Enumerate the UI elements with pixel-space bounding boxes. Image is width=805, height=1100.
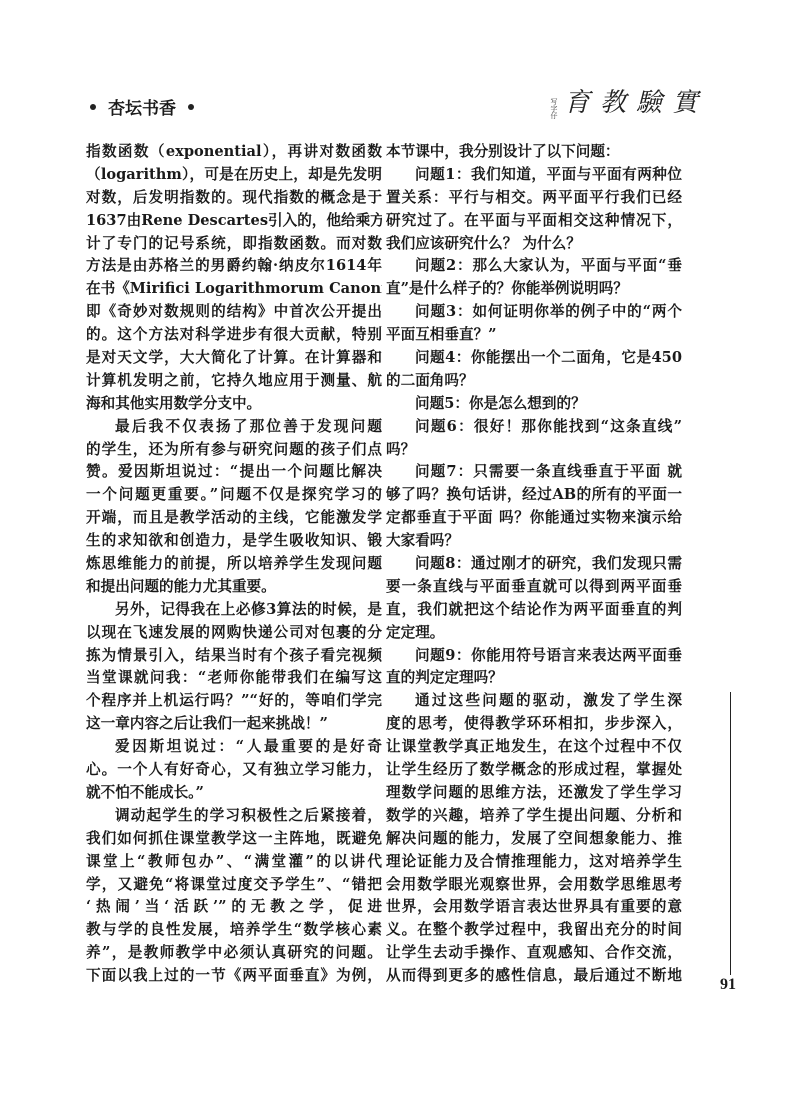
text-line: 开端，而且是教学活动的主线，它能激发学	[86, 507, 382, 530]
text-line: 要一条直线与平面垂直就可以得到两平面垂	[386, 576, 682, 599]
text-line: 我们应该研究什么？ 为什么？	[386, 233, 682, 256]
text-line: 我们如何抓住课堂教学这一主阵地，既避免	[86, 828, 382, 851]
section-tag: 杏坛书香	[90, 94, 206, 119]
text-line: 炼思维能力的前提，所以培养学生发现问题	[86, 553, 382, 576]
text-line: 的。这个方法对科学进步有很大贡献，特别	[86, 324, 382, 347]
text-line: 置关系：平行与相交。两平面平行我们已经	[386, 187, 682, 210]
text-line: 问题4：你能摆出一个二面角，它是450	[386, 347, 682, 370]
text-line: 问题6：很好！那你能找到“这条直线”	[386, 416, 682, 439]
text-line: 生的求知欲和创造力，是学生吸收知识、锻	[86, 530, 382, 553]
text-line: 义。在整个教学过程中，我留出充分的时间	[386, 919, 682, 942]
left-text-column: 指数函数（exponential），再讲对数函数（logarithm），可是在历…	[86, 141, 382, 988]
right-text-column: 本节课中，我分别设计了以下问题：问题1：我们知道，平面与平面有两种位置关系：平行…	[386, 141, 682, 988]
section-tag-label: 杏坛书香	[108, 94, 176, 119]
text-line: 心。一个人有好奇心，又有独立学习能力，	[86, 759, 382, 782]
text-line: 最后我不仅表扬了那位善于发现问题	[86, 416, 382, 439]
text-line: 通过这些问题的驱动，激发了学生深	[386, 690, 682, 713]
text-line: 世界，会用数学语言表达世界具有重要的意	[386, 896, 682, 919]
text-line: 学，又避免“将课堂过度交予学生”、“错把	[86, 874, 382, 897]
text-line: 赞。爱因斯坦说过：“提出一个问题比解决	[86, 461, 382, 484]
text-line: 让学生去动手操作、直观感知、合作交流，	[386, 942, 682, 965]
text-line: 让学生经历了数学概念的形成过程，掌握处	[386, 759, 682, 782]
text-line: 让课堂教学真正地发生，在这个过程中不仅	[386, 736, 682, 759]
page-number: 91	[720, 976, 736, 994]
text-line: 定都垂直于平面 吗？你能通过实物来演示给	[386, 507, 682, 530]
text-line: 指数函数（exponential），再讲对数函数	[86, 141, 382, 164]
text-line: 够了吗？换句话讲，经过AB的所有的平面一	[386, 484, 682, 507]
text-line: 爱因斯坦说过：“人最重要的是好奇	[86, 736, 382, 759]
text-line: 另外，记得我在上必修3算法的时候，是	[86, 599, 382, 622]
text-line: 问题8：通过刚才的研究，我们发现只需	[386, 553, 682, 576]
bullet-dot-icon	[90, 104, 96, 110]
text-line: 和提出问题的能力尤其重要。	[86, 576, 382, 599]
text-line: 理论证能力及合情推理能力，这对培养学生	[386, 851, 682, 874]
text-line: 下面以我上过的一节《两平面垂直》为例，	[86, 965, 382, 988]
text-line: 拣为情景引入，结果当时有个孩子看完视频	[86, 645, 382, 668]
text-line: 直，我们就把这个结论作为两平面垂直的判	[386, 599, 682, 622]
text-line: 对数，后发明指数的。现代指数的概念是于	[86, 187, 382, 210]
text-line: 问题7：只需要一条直线垂直于平面 就	[386, 461, 682, 484]
text-line: 计算机发明之前，它持久地应用于测量、航	[86, 370, 382, 393]
text-line: 海和其他实用数学分支中。	[86, 393, 382, 416]
text-line: 会用数学眼光观察世界，会用数学思维思考	[386, 874, 682, 897]
text-line: 度的思考，使得教学环环相扣，步步深入，	[386, 713, 682, 736]
text-line: 就不怕不能成长。”	[86, 782, 382, 805]
text-line: 的学生，还为所有参与研究问题的孩子们点	[86, 439, 382, 462]
text-line: 方法是由苏格兰的男爵约翰·纳皮尔1614年	[86, 255, 382, 278]
text-line: 以现在飞速发展的网购快递公司对包裹的分	[86, 622, 382, 645]
text-line: 问题9：你能用符号语言来表达两平面垂	[386, 645, 682, 668]
text-line: 一个问题更重要。”问题不仅是探究学习的	[86, 484, 382, 507]
text-line: 课堂上“教师包办”、“满堂灌”的以讲代	[86, 851, 382, 874]
text-line: 问题3：如何证明你举的例子中的“两个	[386, 301, 682, 324]
text-line: ‘热闹’当‘活跃’”的无教之学，促进	[86, 896, 382, 919]
text-line: 解决问题的能力，发展了空间想象能力、推	[386, 828, 682, 851]
text-line: 问题1：我们知道，平面与平面有两种位	[386, 164, 682, 187]
text-line: 从而得到更多的感性信息，最后通过不断地	[386, 965, 682, 988]
text-line: 计了专门的记号系统，即指数函数。而对数	[86, 233, 382, 256]
logo-signature: 写字仔	[548, 98, 558, 119]
text-line: 的二面角吗？	[386, 370, 682, 393]
text-line: 在书《Mirifici Logarithmorum Canonis Deio》，	[86, 278, 382, 301]
text-line: 这一章内容之后让我们一起来挑战！”	[86, 713, 382, 736]
text-line: 研究过了。在平面与平面相交这种情况下，	[386, 210, 682, 233]
journal-logo: 写字仔 育教驗實	[548, 82, 708, 119]
page-header: 杏坛书香 写字仔 育教驗實	[0, 0, 805, 130]
text-line: 是对天文学，大大简化了计算。在计算器和	[86, 347, 382, 370]
text-line: 平面互相垂直？”	[386, 324, 682, 347]
text-line: 养”，是教师教学中必须认真研究的问题。	[86, 942, 382, 965]
text-line: 教与学的良性发展，培养学生“数学核心素	[86, 919, 382, 942]
text-line: 调动起学生的学习积极性之后紧接着，	[86, 805, 382, 828]
logo-calligraphy: 育教驗實	[564, 82, 708, 119]
text-line: （logarithm），可是在历史上，却是先发明	[86, 164, 382, 187]
text-line: 定定理。	[386, 622, 682, 645]
text-line: 吗？	[386, 439, 682, 462]
text-line: 1637由Rene Descartes引入的，他给乘方数设	[86, 210, 382, 233]
text-line: 直的判定定理吗？	[386, 667, 682, 690]
text-line: 数学的兴趣，培养了学生提出问题、分析和	[386, 805, 682, 828]
text-line: 本节课中，我分别设计了以下问题：	[386, 141, 682, 164]
text-line: 即《奇妙对数规则的结构》中首次公开提出	[86, 301, 382, 324]
margin-rule	[730, 692, 731, 975]
text-line: 问题2：那么大家认为，平面与平面“垂	[386, 255, 682, 278]
bullet-dot-icon	[188, 104, 194, 110]
text-line: 理数学问题的思维方法，还激发了学生学习	[386, 782, 682, 805]
text-line: 个程序并上机运行吗？”“好的，等咱们学完	[86, 690, 382, 713]
text-line: 直”是什么样子的？你能举例说明吗？	[386, 278, 682, 301]
text-line: 当堂课就问我：“老师你能带我们在编写这	[86, 667, 382, 690]
text-line: 大家看吗？	[386, 530, 682, 553]
text-line: 问题5：你是怎么想到的？	[386, 393, 682, 416]
